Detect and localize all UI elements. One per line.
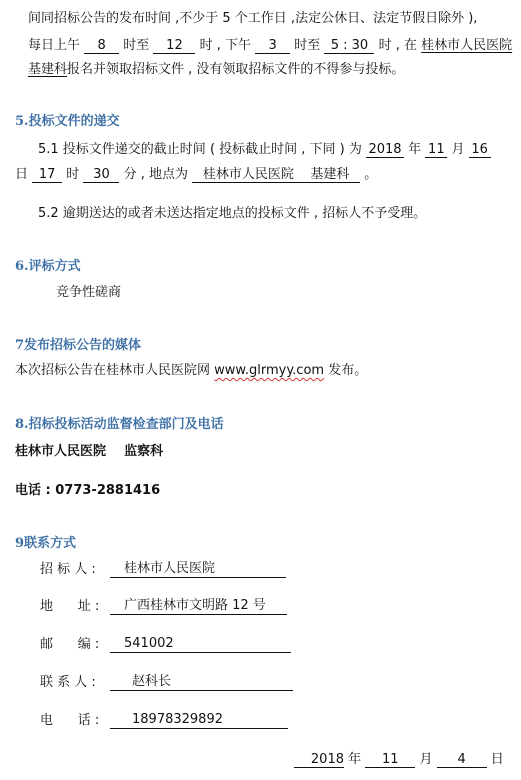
am-end-field: 12 [153,38,195,54]
label: 本次招标公告在桂林市人民医院网 [15,363,210,378]
intro-line-2: 每日上午 8 时至 12 时 , 下午 3 时至 5 : 30 时 , 在 桂林… [28,38,512,54]
deadline-minute: 30 [83,167,119,183]
contact-label-postcode: 邮 编 : [40,637,99,653]
contact-label-address: 地 址 : [40,599,99,615]
sign-month: 11 [365,752,415,768]
label: 发布。 [328,363,367,378]
contact-value-phone: 18978329892 [110,712,288,729]
label: 每日上午 [28,38,80,53]
label: 时 , 在 [379,38,417,53]
label: 5.1 投标文件递交的截止时间 ( 投标截止时间 , 下同 ) 为 [38,142,362,157]
section-5-1-line-2: 日 17 时 30 分 , 地点为 桂林市人民医院 基建科 。 [15,167,377,183]
supervision-phone: 电话 : 0773-2881416 [15,483,160,499]
label: 时至 [294,38,320,53]
contact-value-address: 广西桂林市文明路 12 号 [110,598,287,615]
section-8-heading: 8.招标投标活动监督检查部门及电话 [15,416,224,434]
label: 。 [364,167,377,182]
evaluation-method: 竞争性磋商 [56,285,121,301]
label: 月 [419,752,432,767]
deadline-day: 16 [469,142,491,158]
supervision-dept: 桂林市人民医院 监察科 [15,444,163,460]
section-5-1-line-1: 5.1 投标文件递交的截止时间 ( 投标截止时间 , 下同 ) 为 2018 年… [38,142,491,158]
pm-start-field: 3 [255,38,290,54]
contact-label-phone: 电 话 : [40,713,99,729]
submission-place: 桂林市人民医院 基建科 [192,167,360,183]
section-5-2: 5.2 逾期送达的或者未送达指定地点的投标文件 , 招标人不予受理。 [38,206,426,222]
label: 日 [15,167,28,182]
section-5-heading: 5.投标文件的递交 [15,113,120,131]
contact-value-postcode: 541002 [110,636,291,653]
label: 时 [66,167,79,182]
deadline-year: 2018 [366,142,404,158]
section-7-heading: 7发布招标公告的媒体 [15,337,141,355]
intro-line-3: 基建科报名并领取招标文件 , 没有领取招标文件的不得参与投标。 [28,62,404,78]
label: 月 [451,142,464,157]
media-text: 本次招标公告在桂林市人民医院网 www.glrmyy.com 发布。 [15,363,367,379]
location-dept: 基建科 [28,62,67,77]
sign-year: 2018 [294,752,344,768]
sign-day: 4 [437,752,487,768]
location-name: 桂林市人民医院 [421,38,512,53]
label: 报名并领取招标文件 , 没有领取招标文件的不得参与投标。 [67,62,404,77]
deadline-hour: 17 [32,167,62,183]
section-9-heading: 9联系方式 [15,535,76,553]
section-6-heading: 6.评标方式 [15,258,81,276]
label: 分 , 地点为 [124,167,188,182]
contact-label-person: 联 系 人 : [40,675,96,691]
signature-date: 2018 年 11 月 4 日 [294,752,504,768]
label: 年 [348,752,361,767]
am-start-field: 8 [84,38,119,54]
label: 日 [491,752,504,767]
intro-line-1: 间同招标公告的发布时间 ,不少于 5 个工作日 ,法定公休日、法定节假日除外 )… [28,11,477,27]
pm-end-field: 5 : 30 [324,38,374,54]
contact-value-tenderer: 桂林市人民医院 [110,561,286,578]
label: 时至 [123,38,149,53]
contact-label-tenderer: 招 标 人 : [40,562,96,578]
label: 时 , 下午 [200,38,251,53]
contact-value-person: 赵科长 [110,674,293,691]
deadline-month: 11 [425,142,447,158]
label: 年 [408,142,421,157]
website-link[interactable]: www.glrmyy.com [214,363,324,378]
